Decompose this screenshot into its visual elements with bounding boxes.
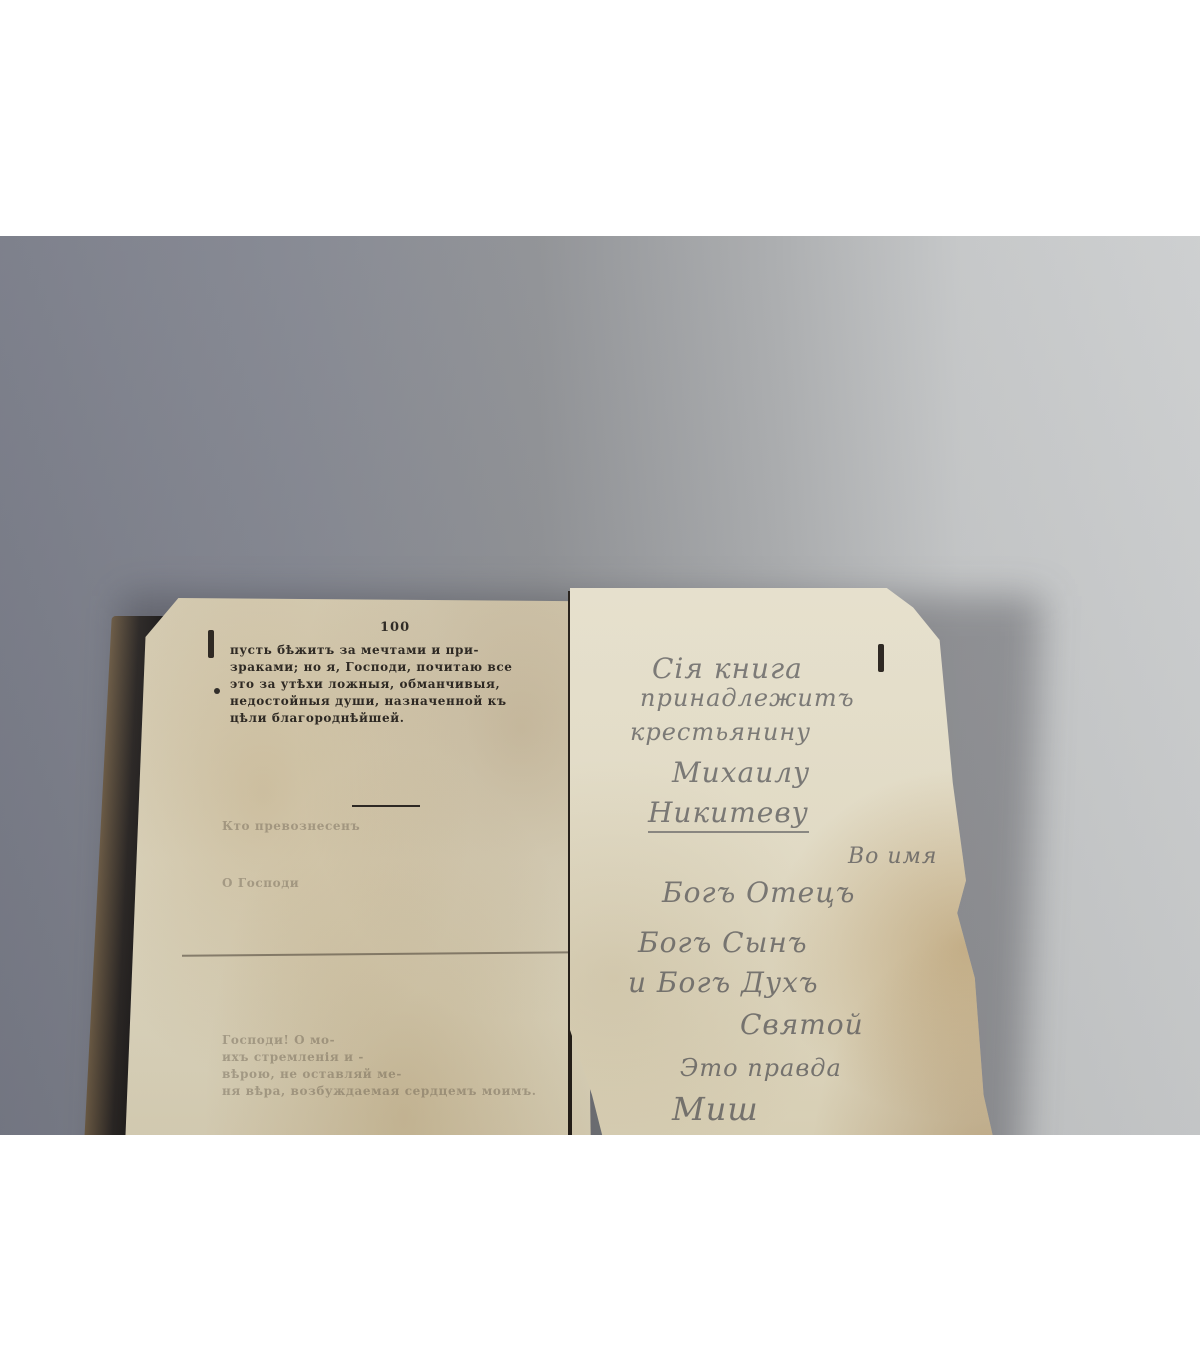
page-number: 100 — [380, 620, 410, 635]
printed-line: это за утѣхи ложныя, обманчивыя, — [230, 676, 560, 693]
faded-line: Кто превознесенъ — [222, 818, 562, 835]
faded-line: О Господи — [222, 875, 562, 892]
left-page: 100 пусть бѣжитъ за мечтами и при- зрака… — [122, 598, 592, 1135]
printed-line: пусть бѣжитъ за мечтами и при- — [230, 642, 560, 659]
book-photograph: 100 пусть бѣжитъ за мечтами и при- зрака… — [0, 236, 1200, 1135]
faded-line: вѣрою, не оставляй ме- — [222, 1066, 562, 1083]
printed-text-block: пусть бѣжитъ за мечтами и при- зраками; … — [230, 642, 560, 727]
handwriting-line: крестьянину — [630, 718, 811, 746]
handwriting-line: Богъ Отецъ — [662, 876, 855, 909]
bleed-through-text: Кто превознесенъ О Господи Господи! О мо… — [222, 718, 562, 1100]
handwriting-line: и Богъ Духъ — [628, 966, 819, 999]
handwriting-line: Михаилу — [672, 756, 810, 789]
handwritten-inscription: Сія книга принадлежитъ крестьянину Михаи… — [600, 636, 1000, 1135]
faded-line: ихъ стремленія и - — [222, 1049, 562, 1066]
handwriting-line: Михаилу — [656, 1134, 785, 1135]
handwriting-line: Миш — [672, 1090, 759, 1128]
faded-line: Господи! О мо- — [222, 1032, 562, 1049]
faded-line: ня вѣра, возбуждаемая сердцемъ моимъ. — [222, 1083, 562, 1100]
handwriting-line: Сія книга — [652, 652, 803, 685]
ink-dot — [214, 688, 220, 694]
handwriting-line: Богъ Сынъ — [638, 926, 807, 959]
printed-line: зраками; но я, Господи, почитаю все — [230, 659, 560, 676]
ink-mark — [208, 630, 214, 658]
handwriting-line: Никитеву — [648, 796, 809, 833]
handwriting-line: Во имя — [848, 844, 937, 869]
printed-line: недостойныя души, назначенной къ — [230, 693, 560, 710]
handwriting-line: принадлежитъ — [640, 684, 855, 712]
handwriting-line: Святой — [740, 1008, 864, 1041]
handwriting-line: Это правда — [680, 1054, 842, 1082]
